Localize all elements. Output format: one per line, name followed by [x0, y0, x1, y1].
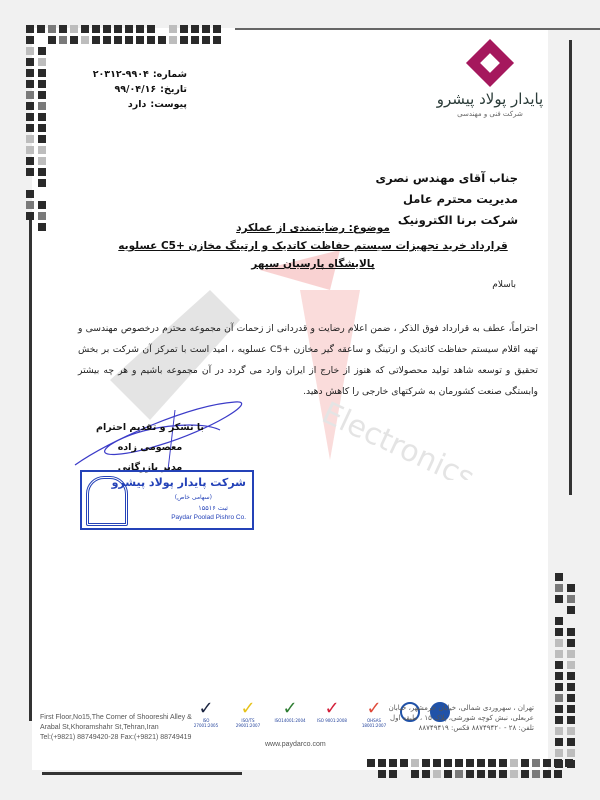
footer-address-en: First Floor,No15,The Corner of Shooreshi…: [40, 713, 192, 743]
subject-contract: قرارداد خرید تجهیزات سیستم حفاظت کاتدیک …: [95, 237, 531, 273]
ohsas-18001-badge: ✓OHSAS 18001:2007: [358, 700, 390, 728]
company-stamp: شرکت پایدار پولاد پیشرو (سهامی خاص) ثبت …: [80, 470, 254, 530]
frame-bottom-line: [42, 772, 242, 775]
stamp-company-type: (سهامی خاص): [175, 494, 212, 501]
recipient-name: جناب آقای مهندس نصری: [376, 168, 518, 189]
iso-9001-badge: ✓ISO 9001:2008: [316, 700, 348, 723]
decor-squares-right-2: [567, 584, 575, 768]
greeting: باسلام: [492, 280, 516, 290]
letter-body: احتراماً، عطف به قرارداد فوق الذکر ، ضمن…: [78, 318, 538, 402]
company-name: پایدار پولاد پیشرو: [430, 90, 550, 108]
decor-squares-left-1: [26, 47, 34, 220]
decor-squares-left-2: [38, 47, 46, 231]
frame-left-line: [29, 218, 32, 721]
signatory-name: معصومی زاده: [90, 438, 210, 458]
letter-meta: شماره:۹۹۰۴-۲۰۳۱۲ تاریخ:۹۹/۰۴/۱۶ پیوست:دا…: [82, 67, 187, 112]
company-subtitle: شرکت فنی و مهندسی: [430, 110, 550, 118]
letter-number: شماره:۹۹۰۴-۲۰۳۱۲: [82, 67, 187, 82]
check-icon: ✓: [358, 700, 390, 718]
stamp-company-name: شرکت پایدار پولاد پیشرو: [112, 476, 246, 489]
company-logo: پایدار پولاد پیشرو شرکت فنی و مهندسی: [430, 40, 550, 118]
iso-14001-badge: ✓ISO14001:2004: [274, 700, 306, 723]
stamp-registration: ثبت ۱۵۵۱۶: [198, 504, 228, 512]
decor-squares-top-1: [26, 25, 221, 33]
logo-mark-icon: [466, 39, 514, 87]
footer-address-fa: تهران ، سهروردی شمالی، خیابان خرمشهر، خی…: [389, 703, 534, 733]
check-icon: ✓: [274, 700, 306, 718]
closing-block: با تشکر و تقدیم احترام معصومی زاده مدیر …: [90, 418, 210, 478]
frame-right-line: [569, 40, 572, 495]
check-icon: ✓: [190, 700, 222, 718]
decor-squares-top-2: [26, 36, 221, 44]
check-icon: ✓: [232, 700, 264, 718]
website-link[interactable]: www.paydarco.com: [265, 741, 326, 748]
check-icon: ✓: [316, 700, 348, 718]
subject-line: موضوع: رضایتمندی از عملکرد: [95, 219, 531, 237]
frame-top-line: [235, 28, 600, 30]
stamp-english-name: Paydar Poolad Pishro Co.: [171, 514, 246, 521]
iso-ts-29001-badge: ✓ISO/TS 29001:2007: [232, 700, 264, 728]
subject-block: موضوع: رضایتمندی از عملکرد قرارداد خرید …: [95, 219, 531, 273]
letter-date: تاریخ:۹۹/۰۴/۱۶: [82, 82, 187, 97]
decor-squares-bottom-2: [378, 770, 562, 778]
closing-regards: با تشکر و تقدیم احترام: [90, 418, 210, 438]
decor-squares-right-1: [555, 573, 563, 768]
decor-squares-bottom-1: [367, 759, 573, 767]
iso-27001-badge: ✓ISO 27001:2005: [190, 700, 222, 728]
recipient-title: مدیریت محترم عامل: [376, 189, 518, 210]
letter-attachment: پیوست:دارد: [82, 97, 187, 112]
